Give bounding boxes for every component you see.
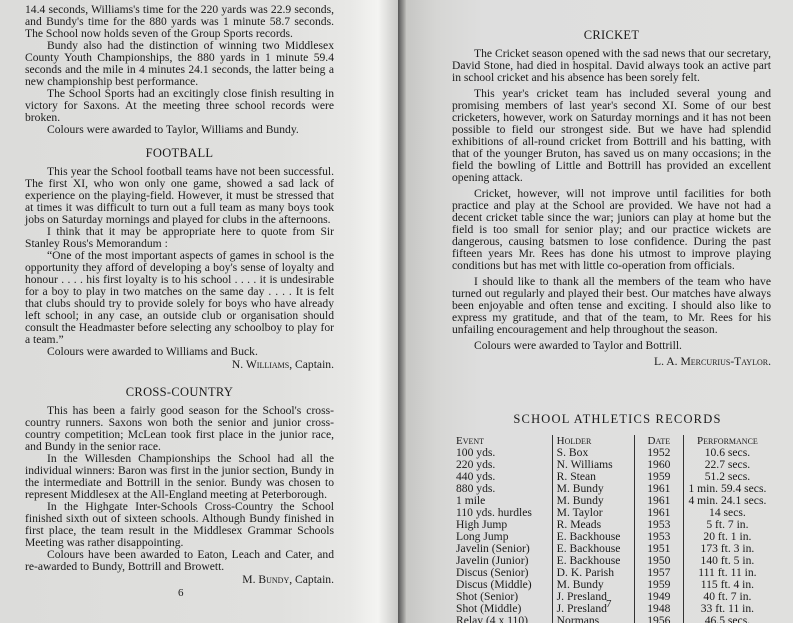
cross-country-heading: CROSS-COUNTRY bbox=[25, 385, 334, 400]
book-gutter bbox=[398, 0, 406, 623]
football-signature: N. Williams, Captain. bbox=[25, 358, 334, 371]
cross-country-paragraph: In the Highgate Inter-Schools Cross-Coun… bbox=[25, 501, 334, 549]
intro-paragraph: The School Sports had an excitingly clos… bbox=[25, 88, 334, 124]
cricket-paragraph: Cricket, however, will not improve until… bbox=[452, 188, 771, 272]
cross-country-signature: M. Bundy, Captain. bbox=[25, 573, 334, 586]
football-paragraph: This year the School football teams have… bbox=[25, 166, 334, 226]
cross-country-paragraph: In the Willesden Championships the Schoo… bbox=[25, 453, 334, 501]
intro-paragraph: Bundy also had the distinction of winnin… bbox=[25, 40, 334, 88]
right-page: CRICKET The Cricket season opened with t… bbox=[406, 0, 793, 623]
football-paragraph: Colours were awarded to Williams and Buc… bbox=[25, 346, 334, 358]
football-heading: FOOTBALL bbox=[25, 146, 334, 161]
intro-paragraph: 14.4 seconds, Williams's time for the 22… bbox=[25, 4, 334, 40]
football-quote: “One of the most important aspects of ga… bbox=[25, 250, 334, 346]
signature-name: N. Williams bbox=[232, 358, 289, 371]
cross-country-paragraph: This has been a fairly good season for t… bbox=[25, 405, 334, 453]
signature-role: , Captain. bbox=[289, 573, 334, 586]
cricket-heading: CRICKET bbox=[452, 28, 771, 43]
cricket-paragraph: I should like to thank all the members o… bbox=[452, 276, 771, 336]
signature-name: M. Bundy bbox=[242, 573, 289, 586]
page-number: 6 bbox=[178, 587, 184, 599]
football-paragraph: I think that it may be appropriate here … bbox=[25, 226, 334, 250]
book-spread: 14.4 seconds, Williams's time for the 22… bbox=[0, 0, 793, 623]
page-number: 7 bbox=[606, 598, 612, 610]
cross-country-paragraph: Colours have been awarded to Eaton, Leac… bbox=[25, 549, 334, 573]
intro-paragraph: Colours were awarded to Taylor, Williams… bbox=[25, 124, 334, 136]
holder-cell: Normans bbox=[552, 615, 634, 623]
cricket-paragraph: Colours were awarded to Taylor and Bottr… bbox=[452, 340, 771, 352]
event-cell: Relay (4 x 110) bbox=[452, 615, 552, 623]
cricket-paragraph: The Cricket season opened with the sad n… bbox=[452, 48, 771, 84]
cricket-signature: L. A. Mercurius-Taylor. bbox=[452, 355, 771, 368]
signature-role: , Captain. bbox=[289, 358, 334, 371]
performance-cell: 46.5 secs. bbox=[683, 615, 771, 623]
cricket-paragraph: This year's cricket team has included se… bbox=[452, 88, 771, 184]
athletics-records-table: Event Holder Date Performance 100 yds.S.… bbox=[452, 435, 771, 623]
records-title: SCHOOL ATHLETICS RECORDS bbox=[452, 412, 771, 427]
left-page: 14.4 seconds, Williams's time for the 22… bbox=[0, 0, 398, 623]
date-cell: 1956 bbox=[634, 615, 683, 623]
table-row: Relay (4 x 110)Normans195646.5 secs. bbox=[452, 615, 771, 623]
